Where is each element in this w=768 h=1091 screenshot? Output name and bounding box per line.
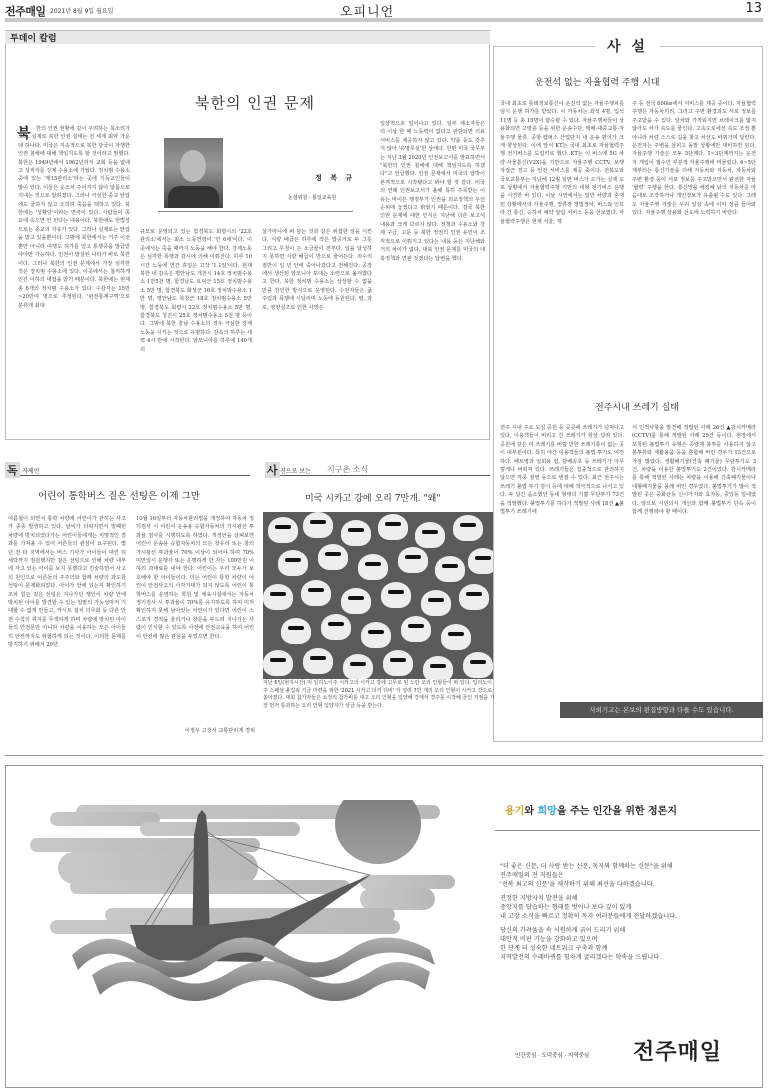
reader-proposal-label-big: 독 <box>5 462 20 478</box>
ship-illustration <box>30 800 470 1040</box>
slogan-courage: 용기 <box>505 806 524 817</box>
ad-paragraph: "더 좋은 신문, 더 사랑 받는 신문, 독자와 함께하는 신문"을 위해 전… <box>500 862 765 889</box>
ad-tagline: 인간중심 · 도덕중심 · 지역중심 <box>515 1051 589 1059</box>
today-col2-text: 규모로 운영되고 있는 함경북도 회령시의 '22호 관리소'에서는 최소 노동… <box>140 228 252 435</box>
author-role: 논설위원 · 통일교육원 <box>288 194 336 201</box>
editorial-2-col2: 서 인적사항을 발견해 적발된 사례 26건 ▲감시카메라(CCTV)를 통해 … <box>632 424 756 694</box>
photo-news-label-big: 사 <box>265 462 280 478</box>
reader-proposal-header <box>5 462 250 476</box>
masthead-rule <box>5 18 763 22</box>
today-col1-text: 한의 인권 현황에 깊이 우려하는 목소리가 크다. 실제로 북한 인권 실태는… <box>18 125 130 435</box>
section-divider <box>5 755 763 756</box>
author-photo <box>164 138 223 208</box>
photo-news-label-accent: 지구촌 소식 <box>327 464 368 475</box>
reader-proposal-byline: 이정우 고창서 교통관리계 경위 <box>160 727 255 737</box>
reader-proposal-headline: 어린이 통학버스 짙은 선팅은 이제 그만 <box>38 488 200 502</box>
newspaper-brand: 전주매일 <box>5 3 46 19</box>
editorial-2-col1: 전주 시내 주요 도심 공원 등 곳곳에 쓰레기가 넘쳐나고 있다. 이용객들이… <box>500 424 624 694</box>
today-column-label: 투데이 칼럼 <box>10 31 57 44</box>
rubber-ducks-photo <box>263 512 493 679</box>
editorial-1-col1: 국내 최초로 롯데정보통신이 운전석 없는 자율주행차를 임시 운행 허가를 받… <box>500 100 624 392</box>
editorial-headline-2: 전주시내 쓰레기 실태 <box>595 400 679 413</box>
today-column-headline: 북한의 인권 문제 <box>195 92 315 113</box>
editorial-label: 사 설 <box>595 36 660 56</box>
author-name: 정 복 규 <box>315 173 355 183</box>
photo-news-headline: 미국 시카고 강에 오리 7만개. "왜" <box>305 491 441 504</box>
slogan-hope: 희망 <box>537 806 556 817</box>
slogan-rest: 을 주는 인간을 위한 정론지 <box>557 806 677 817</box>
today-col4-text: 일상적으로 일어나고 있다. 일부 재소자들은 더 이상 한 때 노동력이 없다… <box>380 120 485 435</box>
author-divider <box>158 211 353 212</box>
ad-paragraph: 당신의 가려움을 속 시원하게 긁어 드리기 위해 대안적 비판 기능을 강화하… <box>500 926 765 962</box>
ad-divider <box>495 830 760 831</box>
ad-paragraph: 진정한 지방자치 발전을 위해 중앙지를 답습하는 형태를 벗어나 보다 깊이 … <box>500 894 765 921</box>
issue-date: 2021년 8월 9일 월요일 <box>50 6 113 15</box>
ad-logo: 전주매일 <box>633 1035 722 1066</box>
today-column-header <box>5 30 490 44</box>
editorial-1-col2: 주 등 전국 600㎞에서 서비스를 제공 중이다. 자율협력주행은 자동차끼리… <box>632 100 756 392</box>
today-col3-text: 살가마니에 퍼 담는 것과 같은 위험한 일을 시킨다. 식량 배급은 하루에 … <box>262 228 372 435</box>
photo-caption: 지난 6일(현지시간) 미 일리노이주 시카고의 시카고 강에 고무로 된 노란… <box>263 680 495 725</box>
editorial-headline-1: 운전석 없는 자율협력 주행 시대 <box>535 75 659 88</box>
reader-proposal-col2: 10월 16일부터 자동차관리법을 개정하여 자동차 정기검사 시 어린이 운송… <box>136 515 254 720</box>
contributor-disclaimer: 사외기고는 본보의 편집방향과 다를 수도 있습니다. <box>560 702 763 718</box>
slogan-connector: 와 <box>524 806 537 817</box>
reader-proposal-col1: 여름철이 되면서 통학 차량에 어린이가 갇히는 사고가 종종 발생하고 있다.… <box>8 515 126 738</box>
photo-news-label-small: 진으로 보는 <box>280 466 311 475</box>
ad-slogan: 용기와 희망을 주는 인간을 위한 정론지 <box>505 802 677 817</box>
page-number: 13 <box>745 1 762 16</box>
reader-proposal-label-small: 자제언 <box>22 466 39 475</box>
ad-body: "더 좋은 신문, 더 사랑 받는 신문, 독자와 함께하는 신문"을 위해 전… <box>500 862 765 967</box>
